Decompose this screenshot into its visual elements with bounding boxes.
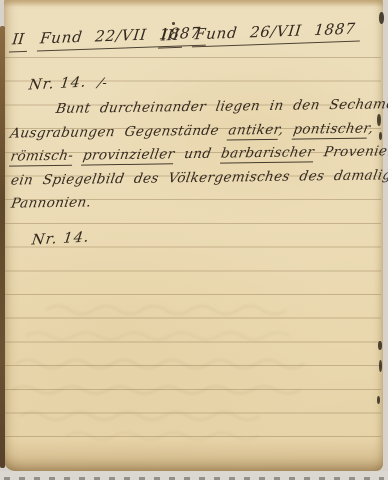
- handwriting-segment: barbarischer: [220, 144, 316, 163]
- find-numeral: II: [9, 30, 29, 53]
- page-bottom-curl: [4, 439, 383, 471]
- handwriting-segment: römisch-: [9, 148, 75, 167]
- ink-speck: [172, 22, 175, 25]
- verso-bleedthrough: [6, 288, 382, 448]
- ink-stain: [377, 396, 380, 404]
- ink-stain: [379, 12, 384, 24]
- page-top-edge: [4, 0, 383, 7]
- handwriting-segment: ,: [367, 120, 374, 136]
- manuscript-paragraph: Bunt durcheinander liegen in den Sechame…: [9, 96, 380, 219]
- find-numeral: III: [158, 26, 184, 49]
- ink-stain: [377, 114, 381, 126]
- item-number-top: Nr. 14.: [28, 75, 88, 94]
- ink-stain: [379, 132, 382, 140]
- handwriting-segment: provinzieller: [81, 146, 175, 165]
- item-number-bottom: Nr. 14.: [31, 230, 91, 249]
- manuscript-scan: IIFund 22/VII 1887 IIIFund 26/VII 1887 N…: [0, 0, 388, 480]
- ink-stain: [379, 360, 382, 372]
- handwriting-segment: Ausgrabungen Gegenstände: [9, 122, 230, 141]
- handwriting-segment: pontischer: [292, 120, 370, 139]
- ink-stain: [378, 341, 382, 350]
- handwriting-segment: antiker: [227, 121, 280, 140]
- find-title-date: Fund 26/VII 1887: [192, 19, 363, 47]
- handwriting-segment: Pannonien.: [10, 195, 93, 212]
- notebook-page: IIFund 22/VII 1887 IIIFund 26/VII 1887 N…: [4, 0, 383, 471]
- handwriting-segment: Provenienz:: [313, 143, 388, 160]
- handwriting-segment: und: [173, 146, 222, 163]
- page-stack-edge: [0, 471, 388, 480]
- binding-edge: [0, 26, 5, 468]
